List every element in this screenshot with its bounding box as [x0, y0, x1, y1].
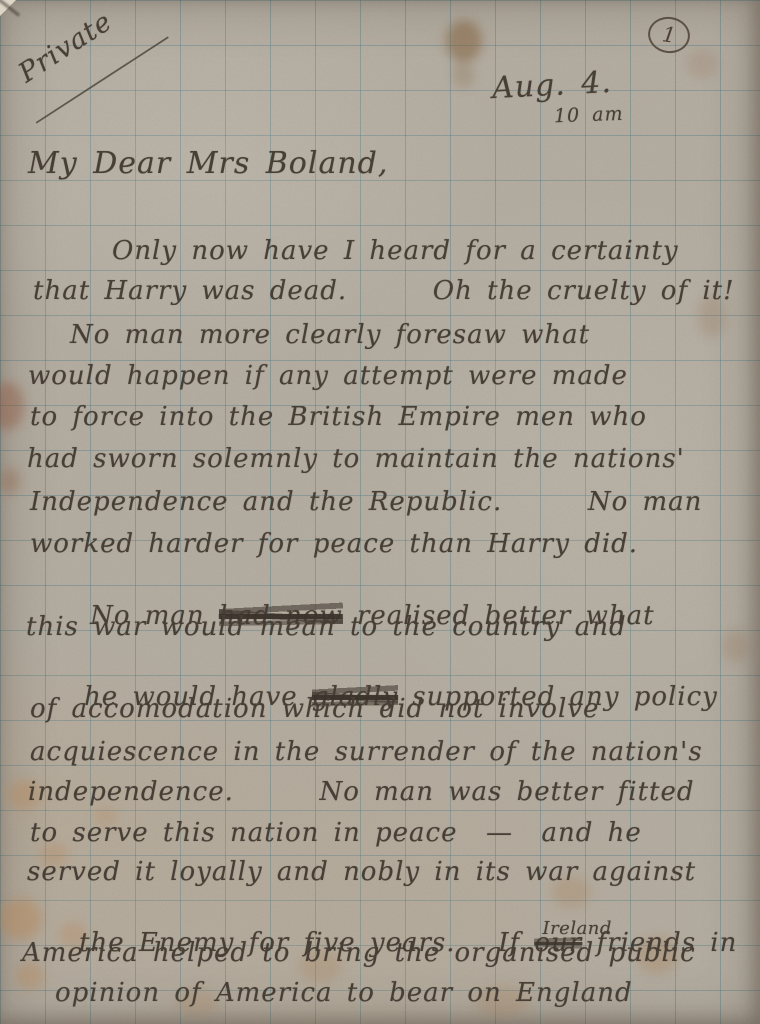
foxing-stain	[0, 382, 24, 430]
letter-line: that Harry was dead. Oh the cruelty of i…	[33, 276, 735, 312]
ink-stain	[452, 62, 474, 88]
salutation: My Dear Mrs Boland,	[28, 146, 388, 181]
letter-line: Independence and the Republic. No man	[30, 487, 702, 523]
letter-line: independence. No man was better fitted	[28, 777, 695, 813]
letter-line: would happen if any attempt were made	[28, 361, 628, 397]
page-corner-fold	[0, 0, 16, 16]
letter-time: 10 am	[554, 103, 624, 127]
letter-line: served it loyally and nobly in its war a…	[27, 857, 696, 893]
letter-line: to serve this nation in peace — and he	[30, 818, 642, 854]
letter-line: No man more clearly foresaw what	[70, 320, 590, 356]
page-number: 1	[661, 22, 678, 48]
letter-line: acquiescence in the surrender of the nat…	[30, 737, 703, 773]
letter-line-with-scribble: he would have gladly supported any polic…	[27, 652, 718, 688]
letter-line: to force into the British Empire men who	[30, 402, 647, 438]
letter-line: this war would mean to the country and	[26, 612, 627, 648]
letter-line: Only now have I heard for a certainty	[112, 236, 679, 272]
letter-line: America helped to bring the organised pu…	[22, 938, 696, 974]
letter-line: worked harder for peace than Harry did.	[30, 529, 638, 565]
privacy-annotation: Private	[13, 6, 118, 89]
letter-line-with-scribble: No man had now realised better what	[33, 571, 655, 607]
foxing-stain	[0, 468, 20, 494]
page-edge-mark	[0, 0, 20, 17]
foxing-stain	[722, 630, 748, 662]
page-number-circled: 1	[646, 14, 693, 55]
ink-stain	[446, 20, 482, 62]
foxing-stain	[686, 50, 718, 78]
letter-line: had sworn solemnly to maintain the natio…	[27, 444, 685, 480]
letter-line-with-insertion: the Enemy for five years. If Irelandour …	[22, 898, 737, 934]
letter-page: Private Aug. 4. 10 am 1 My Dear Mrs Bola…	[0, 0, 760, 1024]
letter-line: of accomodation which did not involve	[30, 694, 599, 730]
letter-line: opinion of America to bear on England	[55, 978, 633, 1014]
letter-date: Aug. 4.	[491, 65, 613, 106]
